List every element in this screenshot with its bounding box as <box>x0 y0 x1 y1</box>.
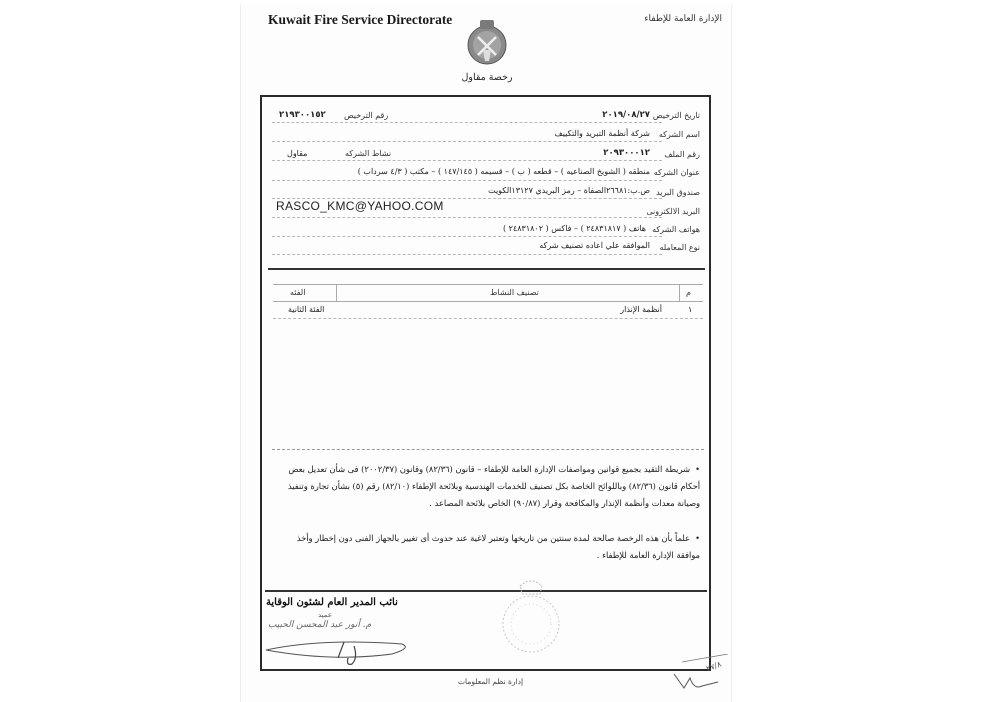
table-header-category: الفئه <box>290 288 305 297</box>
email-value: RASCO_KMC@YAHOO.COM <box>276 199 444 213</box>
table-header-classification: تصنيف النشاط <box>490 288 539 297</box>
signatory-title: نائب المدير العام لشئون الوقاية <box>266 597 398 608</box>
row-classification: أنظمة الإنذار <box>620 305 662 314</box>
header-title-english: Kuwait Fire Service Directorate <box>268 12 452 28</box>
official-stamp-icon <box>498 574 564 670</box>
license-date-label: تاريخ الترخيص <box>653 111 700 120</box>
footer-department: إدارة نظم المعلومات <box>458 677 523 686</box>
company-activity-label: نشاط الشركه <box>345 149 391 158</box>
email-label: البريد الالكترونى <box>646 207 700 216</box>
file-number-label: رقم الملف <box>664 150 700 159</box>
transaction-type-label: نوع المعامله <box>660 243 700 252</box>
condition-1-text: شريطة التقيد بجميع قوانين ومواصفات الإدا… <box>288 464 700 508</box>
handwritten-signature <box>262 628 412 668</box>
document-title: رخصة مقاول <box>440 72 534 83</box>
po-box-label: صندوق البريد <box>656 188 700 197</box>
handwritten-initials: ٢٧/٨ <box>672 654 732 696</box>
file-number-value: ٢٠٩٣٠٠٠١٢ <box>603 148 650 158</box>
transaction-type-value: الموافقه علي اعاده تصنيف شركه <box>539 241 650 250</box>
header-title-arabic: الإدارة العامة للإطفاء <box>644 14 722 24</box>
license-date-value: ٢٠١٩/٠٨/٢٧ <box>602 110 650 120</box>
kuwait-fire-service-emblem-icon <box>462 17 512 67</box>
address-value: منطقه ( الشويخ الصناعيه ) – قطعه ( ب ) –… <box>358 167 650 176</box>
company-name-label: اسم الشركه <box>659 130 700 139</box>
bullet-icon: • <box>690 461 700 478</box>
po-box-value: ص.ب:٢٦٦٨١الصفاة – رمز البريدي ١٣١٢٧الكوي… <box>488 186 650 195</box>
phones-label: هواتف الشركه <box>652 225 700 234</box>
table-header-no: م <box>686 288 691 297</box>
signatory-rank: عميد <box>318 611 332 619</box>
license-box <box>260 95 711 671</box>
address-label: عنوان الشركه <box>654 168 700 177</box>
row-no: ١ <box>688 305 692 314</box>
company-activity-value: مقاول <box>287 149 307 158</box>
license-number-value: ٢١٩٣٠٠١٥٢ <box>279 110 326 120</box>
condition-2: •علماً بأن هذه الرخصة صالحة لمدة سنتين م… <box>280 530 700 564</box>
phones-value: هاتف ( ٢٤٨٣١٨١٧ ) – فاكس ( ٢٤٨٣١٨٠٢ ) <box>503 224 646 233</box>
license-number-label: رقم الترخيص <box>344 111 388 120</box>
company-name-value: شركة أنظمة التبريد والتكييف <box>554 129 650 138</box>
row-category: الفئة الثانية <box>288 305 324 314</box>
bullet-icon: • <box>690 530 700 547</box>
condition-2-text: علماً بأن هذه الرخصة صالحة لمدة سنتين من… <box>297 533 700 560</box>
condition-1: •شريطة التقيد بجميع قوانين ومواصفات الإد… <box>280 461 700 512</box>
